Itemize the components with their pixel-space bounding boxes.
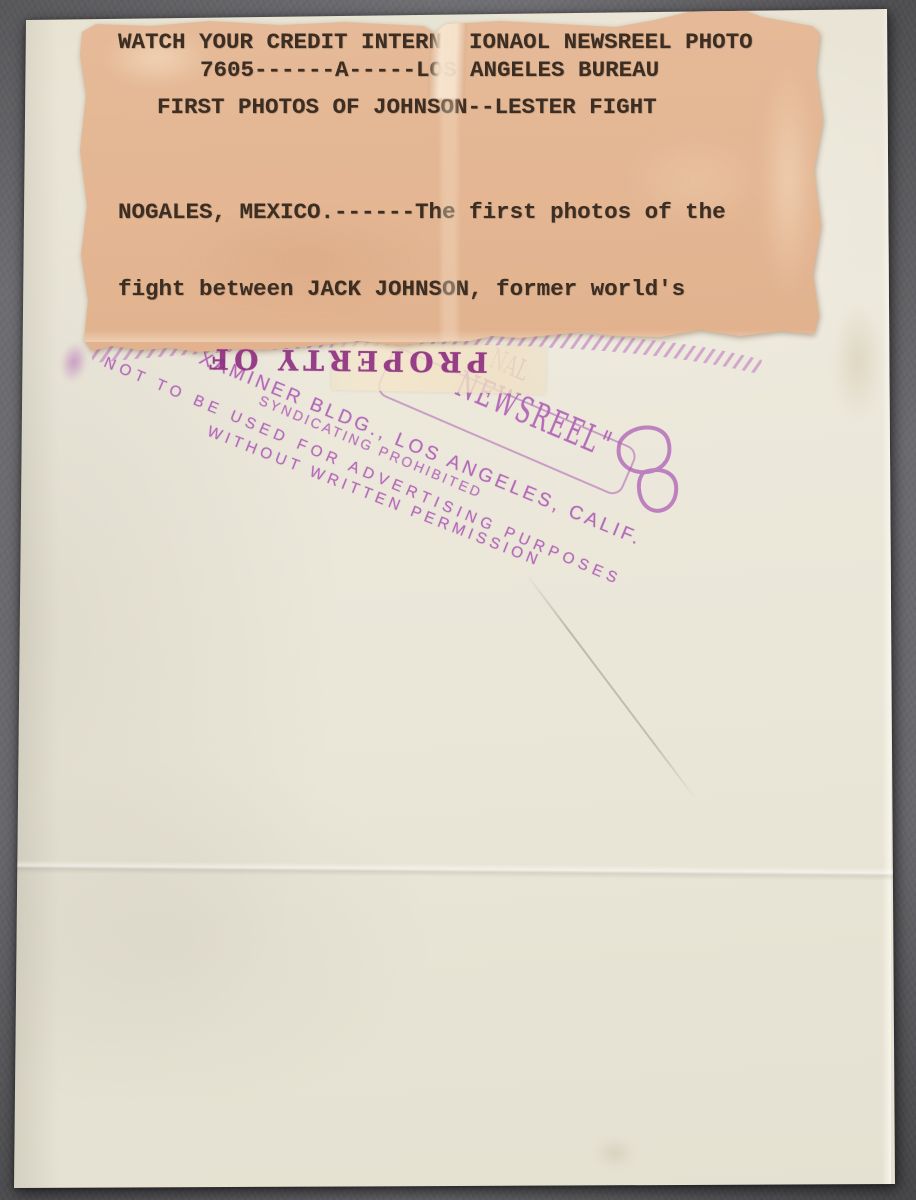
slip-body-line: in picture. HA 5/4/26 [118, 738, 726, 763]
property-of-stamp: PROPERTY OF [236, 343, 488, 378]
slip-body-line: Ariz., which was held here in the bull r… [118, 430, 726, 455]
gray-felt-background: NAL NEWSREEL" XAMINER BLDG., LOS ANGELES… [0, 0, 916, 1200]
slip-vertical-crease-faint [441, 99, 458, 345]
slip-vertical-crease [428, 18, 468, 99]
slip-headline: FIRST PHOTOS OF JOHNSON--LESTER FIGHT [157, 94, 657, 120]
slip-body-line: NOGALES, MEXICO.------The first photos o… [118, 199, 726, 224]
caption-slip-wrap: WATCH YOUR CREDIT INTERN IONAOL NEWSREEL… [0, 0, 916, 1200]
press-photo-wrap: NAL NEWSREEL" XAMINER BLDG., LOS ANGELES… [0, 0, 916, 1200]
slip-body-line: was taken in the first round. Johnson fe… [118, 584, 726, 609]
slip-body-line: fight between JACK JOHNSON, former world… [118, 276, 726, 301]
slip-body-text: NOGALES, MEXICO.------The first photos o… [118, 147, 726, 815]
slip-body-line: and which JOHNSON won. This action photo [118, 507, 726, 532]
press-photo-back: NAL NEWSREEL" XAMINER BLDG., LOS ANGELES… [0, 0, 916, 1200]
slip-body-line: Lester into crossing himself as is shown [118, 661, 726, 686]
caption-slip: WATCH YOUR CREDIT INTERN IONAOL NEWSREEL… [0, 0, 916, 1200]
